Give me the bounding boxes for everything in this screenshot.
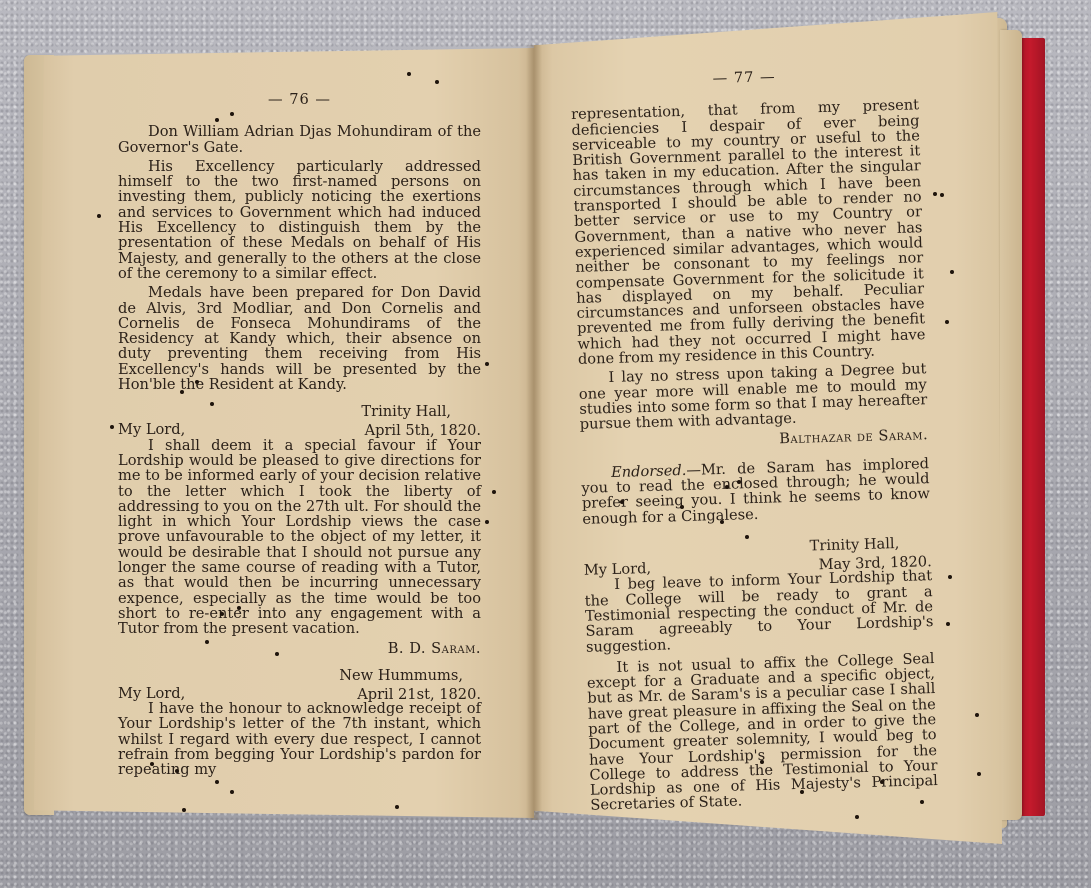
- letter-body: I have the honour to acknowledge receipt…: [118, 701, 481, 777]
- paragraph: His Excellency particularly addressed hi…: [118, 159, 481, 281]
- book-gutter: [526, 45, 542, 820]
- letter-heading: New Hummums, April 21st, 1820. My Lord,: [118, 666, 481, 701]
- page-edges-right-inner: [1000, 30, 1022, 820]
- letter-body: I beg leave to inform Your Lordship that…: [584, 568, 934, 654]
- left-page-text: — 76 — Don William Adrian Djas Mohundira…: [118, 92, 481, 782]
- paragraph: Medals have been prepared for Don David …: [118, 285, 481, 392]
- signature: B. D. Saram.: [118, 641, 481, 656]
- letter-body: It is not usual to affix the College Sea…: [586, 651, 938, 814]
- letter-heading: Trinity Hall, April 5th, 1820. My Lord,: [118, 402, 481, 437]
- letter-place: New Hummums,: [118, 666, 481, 685]
- page-number-76: — 76 —: [118, 92, 481, 107]
- letter-place: Trinity Hall,: [118, 402, 481, 421]
- letter-body: I shall deem it a special favour if Your…: [118, 438, 481, 637]
- paragraph: Don William Adrian Djas Mohundiram of th…: [118, 124, 481, 155]
- paragraph: representation, that from my present def…: [571, 98, 926, 368]
- paragraph: I lay no stress upon taking a Degree but…: [578, 362, 928, 433]
- endorsement: Endorsed.—Mr. de Saram has implored you …: [581, 456, 931, 527]
- right-page-text: — 77 — representation, that from my pres…: [570, 65, 939, 817]
